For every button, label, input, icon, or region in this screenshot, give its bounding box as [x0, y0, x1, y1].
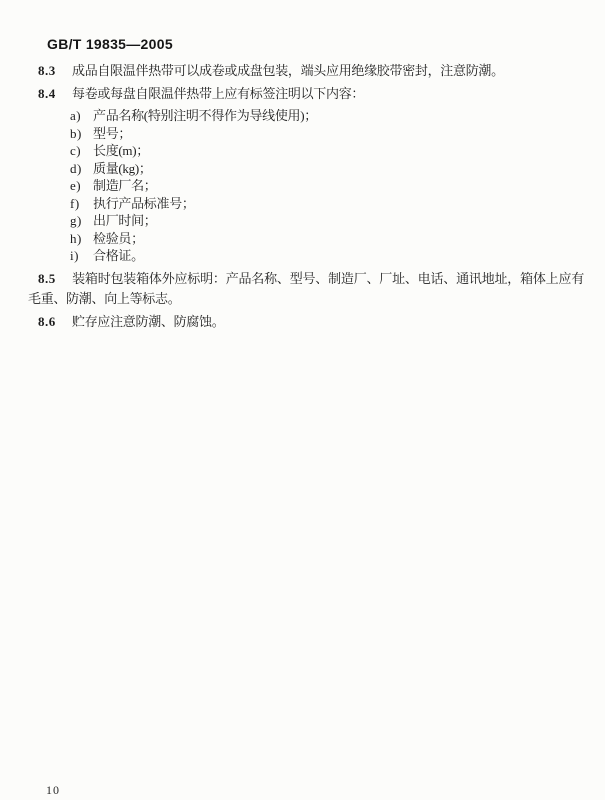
list-item: i)合格证。 [28, 247, 584, 265]
list-item-letter: f) [70, 195, 93, 213]
clause-content: 8.3成品自限温伴热带可以成卷或成盘包装，端头应用绝缘胶带密封，注意防潮。 8.… [28, 61, 584, 335]
list-item-text: 长度(m)； [93, 143, 149, 158]
clause-number: 8.4 [38, 84, 62, 104]
clause-text: 成品自限温伴热带可以成卷或成盘包装，端头应用绝缘胶带密封，注意防潮。 [72, 63, 504, 78]
list-item-text: 合格证。 [93, 248, 144, 263]
list-item: e)制造厂名； [28, 177, 584, 195]
clause-8-4: 8.4每卷或每盘自限温伴热带上应有标签注明以下内容： [28, 84, 584, 104]
list-item: c)长度(m)； [28, 142, 584, 160]
clause-number: 8.6 [38, 312, 62, 332]
list-item-text: 制造厂名； [93, 178, 157, 193]
document-page: GB/T 19835—2005 8.3成品自限温伴热带可以成卷或成盘包装，端头应… [0, 0, 605, 800]
list-item-text: 产品名称(特别注明不得作为导线使用)； [93, 108, 317, 123]
clause-8-5: 8.5装箱时包装箱体外应标明：产品名称、型号、制造厂、厂址、电话、通讯地址，箱体… [28, 269, 584, 309]
page-number: 10 [46, 783, 60, 798]
label-requirements-list: a)产品名称(特别注明不得作为导线使用)； b)型号； c)长度(m)； d)质… [28, 107, 584, 265]
list-item-letter: i) [70, 247, 93, 265]
list-item-text: 执行产品标准号； [93, 196, 195, 211]
list-item: f)执行产品标准号； [28, 195, 584, 213]
clause-number: 8.5 [38, 269, 62, 289]
clause-text: 每卷或每盘自限温伴热带上应有标签注明以下内容： [72, 86, 364, 101]
list-item-text: 质量(kg)； [93, 161, 152, 176]
list-item-text: 出厂时间； [93, 213, 157, 228]
clause-text: 贮存应注意防潮、防腐蚀。 [72, 314, 224, 329]
list-item: a)产品名称(特别注明不得作为导线使用)； [28, 107, 584, 125]
list-item-letter: a) [70, 107, 93, 125]
list-item: g)出厂时间； [28, 212, 584, 230]
clause-number: 8.3 [38, 61, 62, 81]
list-item-letter: c) [70, 142, 93, 160]
list-item-letter: b) [70, 125, 93, 143]
list-item-letter: h) [70, 230, 93, 248]
list-item-letter: e) [70, 177, 93, 195]
list-item-text: 型号； [93, 126, 131, 141]
list-item: h)检验员； [28, 230, 584, 248]
clause-8-3: 8.3成品自限温伴热带可以成卷或成盘包装，端头应用绝缘胶带密封，注意防潮。 [28, 61, 584, 81]
clause-text: 装箱时包装箱体外应标明：产品名称、型号、制造厂、厂址、电话、通讯地址，箱体上应有… [28, 271, 584, 306]
list-item: b)型号； [28, 125, 584, 143]
list-item: d)质量(kg)； [28, 160, 584, 178]
standard-code-header: GB/T 19835—2005 [47, 36, 173, 52]
list-item-text: 检验员； [93, 231, 144, 246]
list-item-letter: g) [70, 212, 93, 230]
clause-8-6: 8.6贮存应注意防潮、防腐蚀。 [28, 312, 584, 332]
list-item-letter: d) [70, 160, 93, 178]
